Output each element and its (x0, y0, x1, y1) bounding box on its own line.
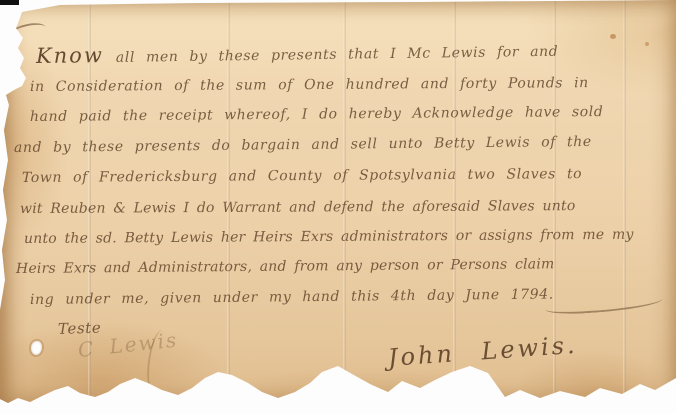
manuscript-line-6: wit Reuben & Lewis I do Warrant and defe… (20, 198, 576, 217)
manuscript-line-8: Heirs Exrs and Administrators, and from … (16, 256, 555, 277)
fold-crease (623, 0, 626, 414)
manuscript-line-2: in Consideration of the sum of One hundr… (30, 75, 589, 95)
rust-stain (610, 34, 616, 39)
manuscript-line-1-text: all men by these presents that I Mc Lewi… (116, 44, 559, 66)
pen-flourish (545, 292, 664, 316)
rust-stain (645, 42, 649, 46)
manuscript-paper: Knowall men by these presents that I Mc … (0, 0, 676, 414)
manuscript-line-4: and by these presents do bargain and sel… (14, 134, 592, 156)
manuscript-line-1: Knowall men by these presents that I Mc … (36, 37, 559, 68)
manuscript-line-7: unto the sd. Betty Lewis her Heirs Exrs … (24, 227, 634, 247)
manuscript-line-5: Town of Fredericksburg and County of Spo… (22, 166, 582, 186)
manuscript-line-9: ing under me, given under my hand this 4… (30, 287, 554, 308)
john-lewis-signature: John Lewis. (387, 331, 578, 372)
paper-hole (31, 341, 42, 355)
opening-word: Know (36, 43, 104, 68)
scanner-edge-mark (0, 0, 19, 5)
document-scan: Knowall men by these presents that I Mc … (0, 0, 676, 414)
pen-flourish (9, 20, 47, 41)
manuscript-line-3: hand paid the receipt whereof, I do here… (30, 104, 604, 125)
